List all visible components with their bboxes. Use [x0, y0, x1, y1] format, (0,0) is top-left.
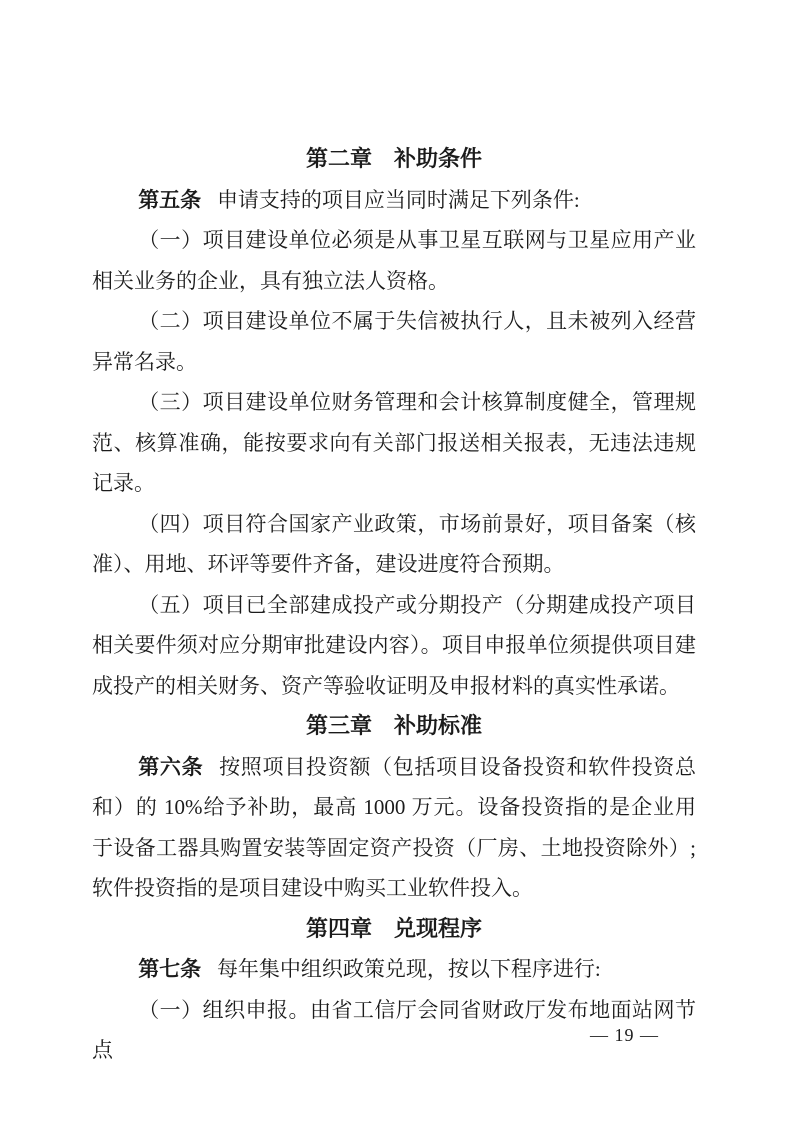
body-line: 准）、用地、环评等要件齐备，建设进度符合预期。: [92, 544, 696, 585]
body-line: 第五条申请支持的项目应当同时满足下列条件:: [92, 180, 696, 221]
body-line: 范、核算准确，能按要求向有关部门报送相关报表，无违法违规: [92, 423, 696, 464]
body-line: 成投产的相关财务、资产等验收证明及申报材料的真实性承诺。: [92, 666, 696, 707]
body-line: （四）项目符合国家产业政策，市场前景好，项目备案（核: [92, 504, 696, 545]
document-body: 第二章 补助条件第五条申请支持的项目应当同时满足下列条件:（一）项目建设单位必须…: [92, 139, 696, 1030]
body-line: （一）项目建设单位必须是从事卫星互联网与卫星应用产业: [92, 220, 696, 261]
body-line: 相关业务的企业，具有独立法人资格。: [92, 261, 696, 302]
body-line: 相关要件须对应分期审批建设内容）。项目申报单位须提供项目建: [92, 625, 696, 666]
article-number: 第七条: [138, 958, 201, 981]
article-text: 每年集中组织政策兑现，按以下程序进行:: [217, 957, 601, 981]
article-text: 申请支持的项目应当同时满足下列条件:: [217, 188, 580, 212]
body-line: （三）项目建设单位财务管理和会计核算制度健全，管理规: [92, 382, 696, 423]
body-line: 和）的 10%给予补助，最高 1000 万元。设备投资指的是企业用: [92, 787, 696, 828]
chapter-heading: 第四章 兑现程序: [92, 909, 696, 950]
document-page: 第二章 补助条件第五条申请支持的项目应当同时满足下列条件:（一）项目建设单位必须…: [0, 0, 793, 1122]
body-line: 第六条按照项目投资额（包括项目设备投资和软件投资总: [92, 747, 696, 788]
body-line: （二）项目建设单位不属于失信被执行人，且未被列入经营: [92, 301, 696, 342]
body-line: 记录。: [92, 463, 696, 504]
body-line: 第七条每年集中组织政策兑现，按以下程序进行:: [92, 949, 696, 990]
body-line: 于设备工器具购置安装等固定资产投资（厂房、土地投资除外）;: [92, 828, 696, 869]
article-number: 第六条: [138, 756, 203, 779]
body-line: 异常名录。: [92, 342, 696, 383]
page-number: — 19 —: [590, 1024, 659, 1046]
body-line: （五）项目已全部建成投产或分期投产（分期建成投产项目: [92, 585, 696, 626]
body-line: 软件投资指的是项目建设中购买工业软件投入。: [92, 868, 696, 909]
article-number: 第五条: [138, 189, 201, 212]
chapter-heading: 第二章 补助条件: [92, 139, 696, 180]
article-text: 按照项目投资额（包括项目设备投资和软件投资总: [219, 755, 696, 779]
chapter-heading: 第三章 补助标准: [92, 706, 696, 747]
